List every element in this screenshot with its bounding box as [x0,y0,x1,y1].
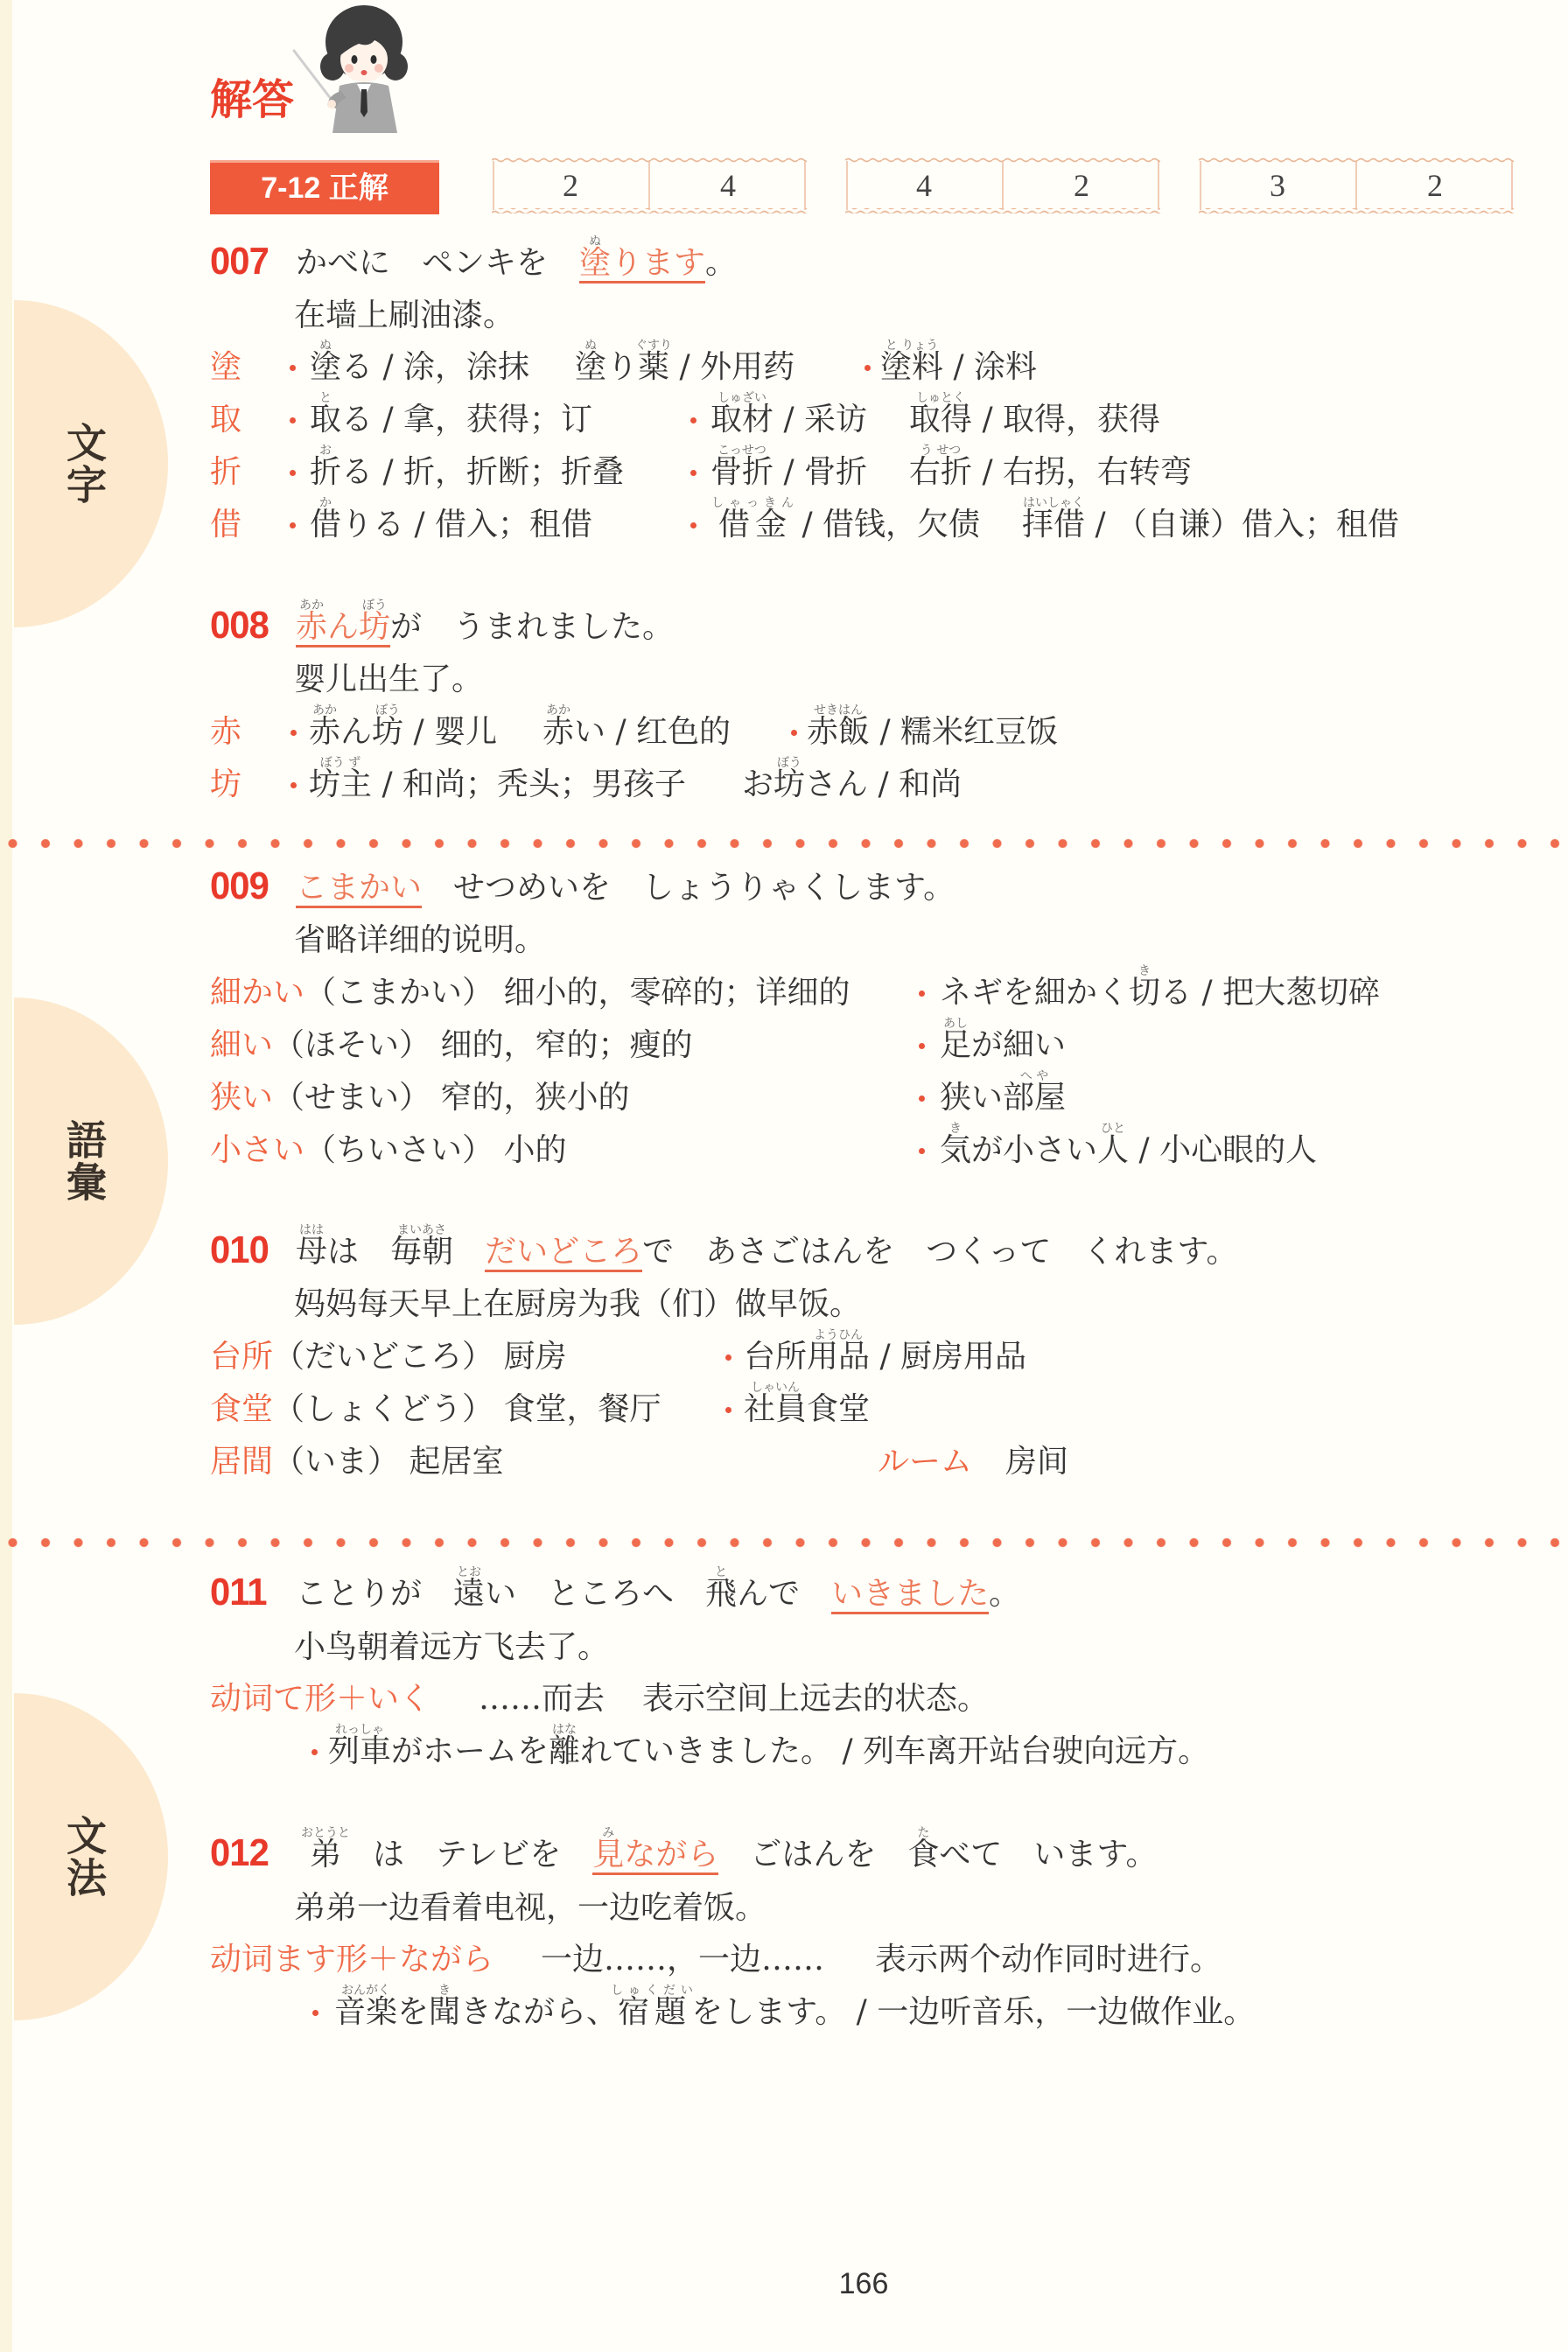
bullet-icon [791,730,797,736]
kanji: 取材 [710,402,773,437]
kanji: 拝借 [1022,507,1085,542]
question-number: 008 [210,608,269,643]
sentence-text: かべに ペンキを [296,246,579,281]
ruby-word: 坊ぼう [773,767,805,802]
vocab-entry: 取得しゅとく / 取得，获得 [909,402,1160,437]
ruby-word: 人ひと [1097,1133,1129,1168]
grammar-gloss: 一边……，一边…… [541,1942,824,1977]
question-sentence: ことりが 遠とお い ところへ 飛と んで いきました 。 [296,1577,1020,1612]
kanji: 足 [940,1027,971,1063]
vocab-row: 狭い （せまい） 窄的，狭小的 狭い 部屋へ や [0,1081,1568,1116]
grammar-row: 动词ます形＋ながら 一边……，一边…… 表示两个动作同时进行。 [0,1942,1568,1977]
kanji: 食 [907,1837,939,1872]
meaning: / 和尚；秃头；男孩子 [372,767,686,802]
ruby-word: 右折う せつ [909,455,972,490]
furigana: とお [457,1566,481,1578]
meaning: / 涂料 [943,350,1037,385]
kanji: 塗 [575,349,606,385]
meaning: / （自谦）借入；租借 [1085,507,1399,542]
kanji: 取 [310,402,341,437]
sentence-text: い ところへ [485,1577,705,1612]
answer-highlight: こまかい [296,871,422,908]
word-label: 細い [210,1028,273,1063]
kanji: 人 [1097,1132,1129,1168]
furigana: と りょう [885,339,938,352]
grammar-note: 表示空间上远去的状态。 [642,1682,989,1717]
question-sentence: 赤あか ん 坊ぼう が うまれました。 [296,610,674,645]
kanji: 遠 [453,1576,485,1612]
kanji: 坊主 [309,766,372,802]
furigana: せきはん [814,704,863,717]
word-definition: 細い （ほそい） 细的，窄的；瘦的 [210,1028,692,1063]
meaning: 窄的，狭小的 [430,1081,629,1116]
vocab-entry: 折お る / 折，折断；折叠 [310,455,624,490]
kanji: 母 [296,1234,327,1270]
bullet-icon [919,1148,925,1154]
furigana: あか [312,704,337,717]
kanji: 右折 [909,454,972,490]
vocab-entry: 拝借はいしゃく / （自谦）借入；租借 [1022,507,1399,542]
ruby-word: 塗ぬ [310,350,341,385]
bullet-icon [919,1095,925,1102]
sentence-text: は テレビを [341,1837,592,1872]
meaning: / 右拐，右转弯 [972,455,1192,490]
ruby-word: 音楽おんがく [334,1995,397,2030]
bullet-icon [690,522,696,528]
kanji: 塗料 [880,349,943,385]
meaning: / 借入；租借 [404,507,592,542]
reading: （せまい） [273,1081,430,1116]
vocab-row: 借 借か りる / 借入；租借 借金しゃっきん / 借钱，欠债 拝借はいしゃく … [0,507,1568,542]
bullet-icon [290,470,296,476]
bullet-icon [864,365,871,371]
vocab-row: 赤 赤あか ん 坊ぼう / 婴儿 赤あか い / 红色的 赤飯せきはん / 糯米… [0,715,1568,750]
grammar-row: 动词て形＋いく ……而去 表示空间上远去的状态。 [0,1682,1568,1717]
vocab-entry: 坊主ぼう ず / 和尚；秃头；男孩子 [309,767,686,802]
vocab-row: 食堂 （しょくどう） 食堂，餐厅 社員しゃいん 食堂 [0,1392,1568,1427]
meaning: 厨房 [493,1340,566,1375]
bullet-icon [290,730,297,736]
kanji: 社員 [744,1391,807,1427]
meaning: 食堂，餐厅 [493,1392,661,1427]
furigana: ぐすり [635,339,672,352]
ruby-word: 赤あか [296,610,327,645]
question-sentence: かべに ペンキを 塗ぬ ります 。 [296,246,737,281]
meaning: 小的 [493,1133,566,1168]
okurigana: を [397,1995,429,2030]
vocab-row: 塗 塗ぬ る / 涂，涂抹 塗ぬ り 薬ぐすり / 外用药 塗料と りょう / … [0,350,1568,385]
example-sentence: 列車れっしゃ がホームを 離はな れていきました。 / 列车离开站台驶向远方。 [328,1734,1209,1769]
sentence-text: 。 [705,246,737,281]
translation: 妈妈每天早上在厨房为我（们）做早饭。 [294,1287,861,1322]
sentence-text: んで [737,1577,831,1612]
ruby-word: 聞き [429,1995,460,2030]
furigana: ひと [1101,1123,1125,1135]
ruby-word: 坊主ぼう ず [309,767,372,802]
kanji: 薬 [638,349,669,385]
meaning: / 涂，涂抹 [373,350,529,385]
entry-prefix: ネギを細かく [940,976,1129,1011]
okurigana: が細い [971,1028,1066,1063]
furigana: おとうと [301,1827,350,1839]
bullet-icon [725,1354,731,1361]
grammar-pattern: 动词ます形＋ながら [210,1942,493,1977]
furigana: ぬ [584,339,597,352]
ruby-word: 足あし [940,1028,971,1063]
furigana: み [602,1827,614,1839]
meaning: / 外用药 [669,350,794,385]
reading: （こまかい） [304,976,493,1011]
word-definition: 台所 （だいどころ） 厨房 [210,1340,566,1375]
question-sentence: 母はは は 毎朝まいあさ だいどころ で あさごはんを つくって くれます。 [296,1235,1237,1270]
entry-prefix: お [742,767,773,802]
word-label: 台所 [210,1340,273,1375]
vocab-entry: 借か りる / 借入；租借 [310,507,592,542]
okurigana: ります [611,246,705,281]
answer-cell: 4 [649,157,807,213]
bullet-icon [919,990,925,997]
meaning: / 婴儿 [403,715,497,750]
kanji: 赤 [309,714,340,750]
kanji-label: 塗 [210,350,241,385]
furigana: はいしゃく [1023,497,1084,509]
furigana: き [438,1984,451,1997]
answer-cell: 3 [1199,157,1356,213]
furigana: ぼう [362,599,387,612]
furigana: き [949,1123,962,1135]
word-definition: 小さい （ちいさい） 小的 [210,1133,566,1168]
ruby-word: 折お [310,455,341,490]
meaning: / 红色的 [605,715,731,750]
example-phrase: 気き が小さい 人ひと / 小心眼的人 [940,1133,1317,1168]
furigana: しゃっきん [711,497,799,509]
entry-prefix: 狭い [940,1081,1003,1116]
vocab-entry: 取と る / 拿，获得；订 [310,402,592,437]
ruby-word: 坊ぼう [359,610,390,645]
word-definition: 居間 （いま） 起居室 [210,1445,503,1480]
kanji-label: 取 [210,402,241,437]
furigana: こっせつ [717,444,766,457]
sentence-text: ことりが [296,1577,453,1612]
kanji: 聞 [429,1994,460,2030]
answer-group: 3 2 [1199,157,1514,213]
okurigana: さん [805,767,868,802]
meaning: / 拿，获得；订 [373,402,592,437]
vocab-entry: 塗料と りょう / 涂料 [880,350,1037,385]
furigana: と [715,1566,727,1578]
question-number: 011 [210,1575,267,1610]
example-phrase: ネギを細かく 切き る / 把大葱切碎 [940,976,1380,1011]
vocab-row: 取 取と る / 拿，获得；订 取材しゅざい / 采访 取得しゅとく / 取得，… [0,402,1568,437]
example-phrase: 台所 用品ようひん / 厨房用品 [744,1340,1026,1375]
answer-cell: 2 [1003,157,1160,213]
sentence-text: 。 [989,1577,1020,1612]
answer-group: 4 2 [845,157,1160,213]
example-row: 音楽おんがく を 聞き きながら、 宿題しゅくだい をします。 / 一边听音乐，… [0,1995,1568,2030]
furigana: へ や [1020,1070,1048,1082]
kanji: 音楽 [334,1994,397,2030]
furigana: と [319,392,332,404]
ruby-word: 母はは [296,1235,327,1270]
sentence-text: べて います。 [939,1837,1157,1872]
translation: 弟弟一边看着电视，一边吃着饭。 [294,1891,766,1926]
word-label: 小さい [210,1133,304,1168]
vocab-entry: 赤飯せきはん / 糯米红豆饭 [807,715,1058,750]
word-definition: 食堂 （しょくどう） 食堂，餐厅 [210,1392,661,1427]
question-number: 009 [210,869,269,904]
okurigana: りる [341,507,404,542]
furigana: しゅざい [717,392,766,404]
ruby-word: 赤あか [542,715,574,750]
ruby-word: 宿題しゅくだい [618,1995,691,2030]
meaning: / 采访 [773,402,867,437]
example-phrase: 足あし が細い [940,1028,1066,1063]
kanji: 赤 [296,609,327,645]
kanji: 赤飯 [807,714,870,750]
meaning: / 把大葱切碎 [1192,976,1380,1011]
furigana: れっしゃ [335,1724,384,1736]
side-tab-label: 文法 [61,1815,107,1899]
furigana: しゅとく [916,392,965,404]
ruby-word: 取得しゅとく [909,402,972,437]
kanji: 列車 [328,1733,391,1769]
bullet-icon [290,522,296,528]
kanji: 部屋 [1003,1080,1066,1116]
vocab-row: 小さい （ちいさい） 小的 気き が小さい 人ひと / 小心眼的人 [0,1133,1568,1168]
word-label: 居間 [210,1445,273,1480]
example-row: 列車れっしゃ がホームを 離はな れていきました。 / 列车离开站台驶向远方。 [0,1734,1568,1769]
example-phrase: 狭い 部屋へ や [940,1081,1066,1116]
okurigana: る [1160,976,1192,1011]
furigana: ぼう ず [320,757,360,769]
meaning: / 列车离开站台驶向远方。 [832,1734,1209,1769]
vocab-entry: 右折う せつ / 右拐，右转弯 [909,455,1192,490]
ruby-word: 借か [310,507,341,542]
answer-group: 2 4 [492,157,807,213]
okurigana: る [341,350,373,385]
kanji: 飛 [705,1576,737,1612]
bullet-icon [690,417,696,423]
question-sentence: こまかい せつめいを しょうりゃくします。 [296,871,955,906]
ruby-word: 食た [907,1837,939,1872]
answer-highlight: 塗ぬ ります [579,246,705,283]
bullet-icon [311,1749,318,1755]
ruby-word: 塗ぬ [575,350,606,385]
kanji: 折 [310,454,341,490]
kanji: 坊 [359,609,390,645]
answer-range-badge: 7-12 正解 [210,160,439,214]
kanji: 気 [940,1132,971,1168]
ruby-word: 毎朝まいあさ [390,1235,453,1270]
furigana: あか [299,599,324,612]
ruby-word: 社員しゃいん [744,1392,807,1427]
vocab-entry: 取材しゅざい / 采访 [710,402,867,437]
furigana: まいあさ [397,1224,446,1236]
translation: 在墙上刷油漆。 [294,298,514,333]
furigana: あし [943,1018,968,1030]
answer-cell: 4 [845,157,1003,213]
question-number: 012 [210,1836,269,1871]
vocab-row: 坊 坊主ぼう ず / 和尚；秃头；男孩子 お 坊ぼう さん / 和尚 [0,767,1568,802]
okurigana: が小さい [971,1133,1097,1168]
answer-highlight: 赤あか ん 坊ぼう [296,610,390,647]
answer-highlight: 見み ながら [592,1837,718,1875]
word-label: 食堂 [210,1392,273,1427]
vocab-entry: 塗ぬ る / 涂，涂抹 [310,350,529,385]
kanji: 宿題 [618,1994,691,2030]
okurigana: きながら、 [460,1995,618,2030]
reading: （だいどころ） [273,1340,493,1375]
word-label: 細かい [210,976,304,1011]
kanji: 坊 [773,766,805,802]
answer-cell: 2 [1356,157,1514,213]
ruby-word: 部屋へ や [1003,1081,1066,1116]
kanji: 借 [310,507,341,542]
sentence-text: で あさごはんを つくって くれます。 [642,1235,1237,1270]
okurigana: 食堂 [807,1392,870,1427]
section-divider [0,1537,1568,1548]
vocab-row: 細い （ほそい） 细的，窄的；瘦的 足あし が細い [0,1028,1568,1063]
page-title: 解答 [210,75,294,124]
meaning: / 取得，获得 [972,402,1160,437]
kanji: 骨折 [710,454,773,490]
kanji: 取得 [909,402,972,437]
ruby-word: 切き [1129,976,1160,1011]
teacher-illustration-icon [289,0,416,138]
furigana: ぼう [777,757,801,769]
furigana: ぼう [375,704,400,717]
ruby-word: 見み [592,1837,624,1872]
answer-cell: 2 [492,157,649,213]
kanji-label: 坊 [210,767,241,802]
kanji: 塗 [579,245,611,281]
meaning: 细小的，零碎的；详细的 [493,976,850,1011]
furigana: ぬ [319,339,332,352]
sentence-text: せつめいを しょうりゃくします。 [422,871,955,906]
meaning: 起居室 [399,1445,503,1480]
sentence-text: は [327,1235,390,1270]
okurigana: ながら [624,1837,718,1872]
ruby-word: 取と [310,402,341,437]
sentence-text [453,1235,485,1270]
okurigana: ん [327,610,359,645]
bullet-icon [919,1043,925,1049]
translation: 小鸟朝着远方飞去了。 [294,1630,609,1665]
reading: （ちいさい） [304,1133,493,1168]
furigana: はは [299,1224,324,1236]
meaning: / 和尚 [868,767,962,802]
okurigana: をします。 [691,1995,846,2030]
grammar-note: 表示两个动作同时进行。 [875,1942,1221,1977]
section-divider [0,838,1568,849]
furigana: ようひん [814,1329,863,1341]
bullet-icon [290,782,297,788]
answer-highlight: だいどころ [485,1235,642,1272]
bullet-icon [290,417,296,423]
okurigana: がホームを [391,1734,549,1769]
meaning: / 一边听音乐，一边做作业。 [846,1995,1255,2030]
furigana: た [917,1827,929,1839]
okurigana: い [574,715,605,750]
kanji-label: 折 [210,455,241,490]
translation: 婴儿出生了。 [294,662,483,697]
kanji-label: 借 [210,507,241,542]
reading: （ほそい） [273,1028,430,1063]
vocab-row: 折 折お る / 折，折断；折叠 骨折こっせつ / 骨折 右折う せつ / 右拐… [0,455,1568,490]
vocab-entry: 赤あか ん 坊ぼう / 婴儿 [309,715,497,750]
entry-prefix: 台所 [744,1340,807,1375]
sentence-text: が うまれました。 [390,610,674,645]
ruby-word: 拝借はいしゃく [1022,507,1085,542]
ruby-word: 列車れっしゃ [328,1734,391,1769]
vocab-entry: 赤あか い / 红色的 [542,715,731,750]
page-number: 166 [820,2266,907,2301]
word-label: 狭い [210,1081,273,1116]
vocab-row: 居間 （いま） 起居室 ルーム 房间 [0,1445,1568,1480]
okurigana: り [606,350,638,385]
furigana: う せつ [920,444,961,457]
grammar-pattern: 动词て形＋いく [210,1682,430,1717]
meaning: / 糯米红豆饭 [870,715,1058,750]
question-number: 007 [210,244,269,279]
ruby-word: 弟おとうと [310,1837,341,1872]
question-number: 010 [210,1233,269,1268]
furigana: しゃいん [751,1382,800,1394]
ruby-word: 遠とお [453,1577,485,1612]
okurigana: る [341,402,373,437]
meaning: / 小心眼的人 [1129,1133,1317,1168]
kanji: 毎朝 [390,1234,453,1270]
furigana: ぬ [589,235,601,248]
ruby-word: 赤あか [309,715,340,750]
meaning: 细的，窄的；瘦的 [430,1028,692,1063]
vocab-entry: 塗ぬ り 薬ぐすり / 外用药 [575,350,794,385]
kanji: 離 [549,1733,580,1769]
related-word-label: ルーム [878,1445,972,1480]
ruby-word: 赤飯せきはん [807,715,870,750]
vocab-row: 細かい （こまかい） 细小的，零碎的；详细的 ネギを細かく 切き る / 把大葱… [0,976,1568,1011]
furigana: あか [546,704,570,717]
meaning: / 折，折断；折叠 [373,455,624,490]
kanji: 切 [1129,975,1160,1011]
bullet-icon [690,470,696,476]
vocab-entry: お 坊ぼう さん / 和尚 [742,767,962,802]
okurigana: ん [340,715,372,750]
furigana: おんがく [341,1984,390,1997]
grammar-gloss: ……而去 [479,1682,605,1717]
bullet-icon [312,2010,318,2016]
question-sentence: 弟おとうと は テレビを 見み ながら ごはんを 食た べて います。 [296,1837,1157,1872]
ruby-word: 坊ぼう [372,715,403,750]
answer-highlight: いきました [831,1577,989,1614]
kanji: 用品 [807,1339,870,1375]
reading: （いま） [273,1445,399,1480]
ruby-word: 薬ぐすり [638,350,669,385]
ruby-word: 塗料と りょう [880,350,943,385]
vocab-entry: 骨折こっせつ / 骨折 [710,455,867,490]
vocab-row: 台所 （だいどころ） 厨房 台所 用品ようひん / 厨房用品 [0,1340,1568,1375]
ruby-word: 離はな [549,1734,580,1769]
kanji: 弟 [310,1837,341,1872]
furigana: はな [552,1724,577,1736]
meaning: / 骨折 [773,455,867,490]
furigana: か [319,497,332,509]
related-word-meaning: 房间 [1005,1445,1068,1480]
kanji: 見 [592,1837,624,1872]
okurigana: る [341,455,373,490]
sentence-text: ごはんを [718,1837,907,1872]
kanji: 坊 [372,714,403,750]
